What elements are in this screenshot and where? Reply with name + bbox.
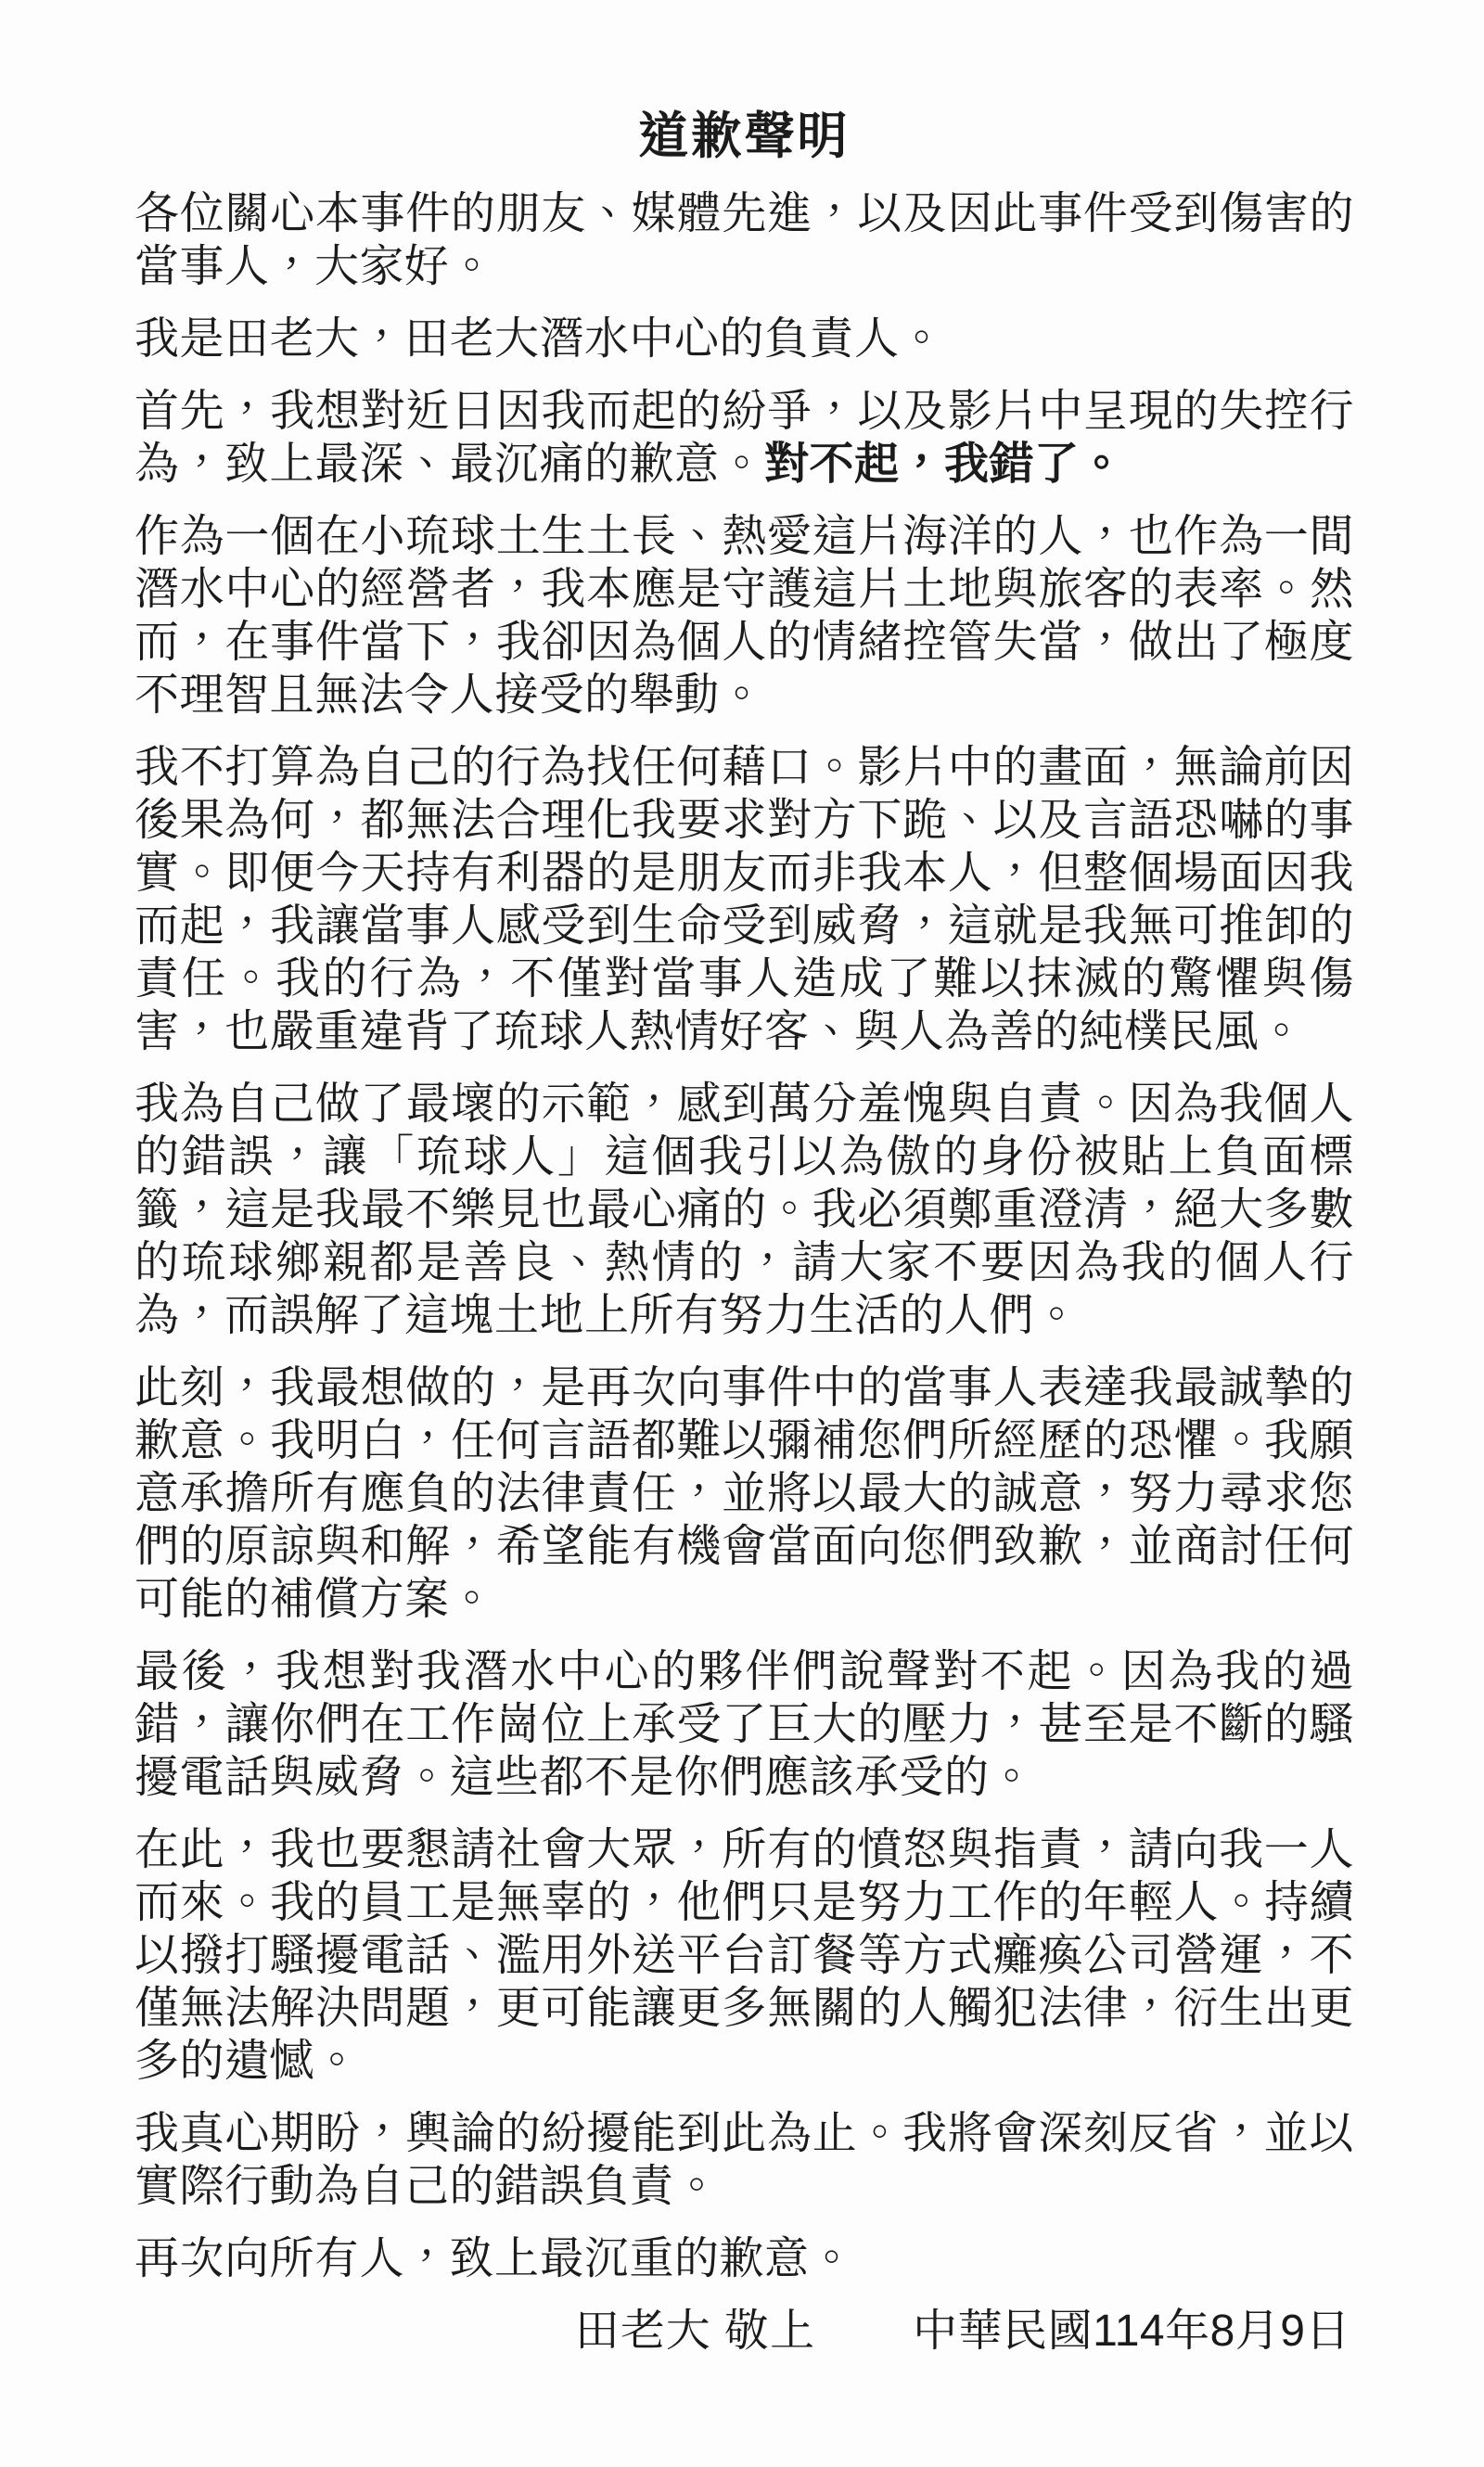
text-run: 在此，我也要懇請社會大眾，所有的憤怒與指責，請向我一人而來。我的員工是無辜的，他… — [134, 1825, 1354, 2086]
apology-statement-page: 道歉聲明 各位關心本事件的朋友、媒體先進，以及因此事件受到傷害的當事人，大家好。… — [0, 0, 1484, 2467]
text-run: 各位關心本事件的朋友、媒體先進，以及因此事件受到傷害的當事人，大家好。 — [134, 189, 1354, 291]
paragraph: 再次向所有人，致上最沉重的歉意。 — [134, 2232, 1354, 2285]
paragraph: 我是田老大，田老大潛水中心的負責人。 — [134, 313, 1354, 365]
paragraph: 作為一個在小琉球土生土長、熱愛這片海洋的人，也作為一間潛水中心的經營者，我本應是… — [134, 510, 1354, 722]
text-run: 我是田老大，田老大潛水中心的負責人。 — [134, 314, 944, 364]
text-run: 我真心期盼，輿論的紛擾能到此為止。我將會深刻反省，並以實際行動為自己的錯誤負責。 — [134, 2109, 1354, 2211]
text-run: 作為一個在小琉球土生土長、熱愛這片海洋的人，也作為一間潛水中心的經營者，我本應是… — [134, 512, 1354, 720]
text-run: 我為自己做了最壞的示範，感到萬分羞愧與自責。因為我個人的錯誤，讓「琉球人」這個我… — [134, 1080, 1354, 1340]
text-run: 我不打算為自己的行為找任何藉口。影片中的畫面，無論前因後果為何，都無法合理化我要… — [134, 743, 1354, 1056]
text-run: 此刻，我最想做的，是再次向事件中的當事人表達我最誠摯的歉意。我明白，任何言語都難… — [134, 1363, 1354, 1624]
text-run: 再次向所有人，致上最沉重的歉意。 — [134, 2234, 854, 2283]
paragraph: 我真心期盼，輿論的紛擾能到此為止。我將會深刻反省，並以實際行動為自己的錯誤負責。 — [134, 2107, 1354, 2213]
page-title: 道歉聲明 — [134, 108, 1354, 165]
paragraph: 各位關心本事件的朋友、媒體先進，以及因此事件受到傷害的當事人，大家好。 — [134, 187, 1354, 293]
paragraph: 首先，我想對近日因我而起的紛爭，以及影片中呈現的失控行為，致上最深、最沉痛的歉意… — [134, 385, 1354, 491]
signature-date: 中華民國114年8月9日 — [913, 2305, 1350, 2358]
paragraph-list: 各位關心本事件的朋友、媒體先進，以及因此事件受到傷害的當事人，大家好。我是田老大… — [134, 187, 1354, 2285]
paragraph: 我為自己做了最壞的示範，感到萬分羞愧與自責。因為我個人的錯誤，讓「琉球人」這個我… — [134, 1078, 1354, 1342]
text-run: 首先，我想對近日因我而起的紛爭，以及影片中呈現的失控行為，致上最深、最沉痛的歉意… — [134, 387, 1354, 489]
signature-line: 田老大 敬上 中華民國114年8月9日 — [134, 2305, 1354, 2358]
paragraph: 我不打算為自己的行為找任何藉口。影片中的畫面，無論前因後果為何，都無法合理化我要… — [134, 741, 1354, 1058]
bold-text-run: 對不起，我錯了。 — [764, 440, 1124, 489]
text-run: 最後，我想對我潛水中心的夥伴們說聲對不起。因為我的過錯，讓你們在工作崗位上承受了… — [134, 1647, 1354, 1802]
signature-name: 田老大 敬上 — [575, 2305, 815, 2358]
paragraph: 最後，我想對我潛水中心的夥伴們說聲對不起。因為我的過錯，讓你們在工作崗位上承受了… — [134, 1645, 1354, 1804]
paragraph: 此刻，我最想做的，是再次向事件中的當事人表達我最誠摯的歉意。我明白，任何言語都難… — [134, 1361, 1354, 1626]
paragraph: 在此，我也要懇請社會大眾，所有的憤怒與指責，請向我一人而來。我的員工是無辜的，他… — [134, 1823, 1354, 2088]
